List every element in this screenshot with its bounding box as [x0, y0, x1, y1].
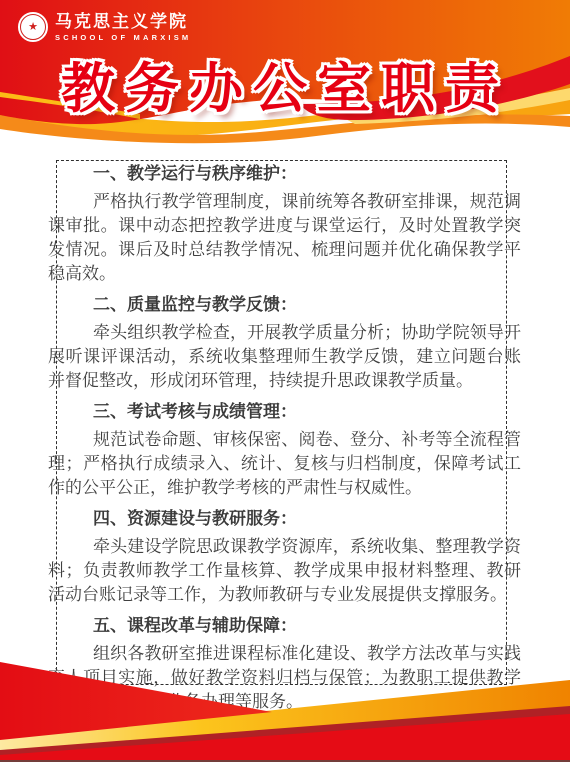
section-heading: 三、考试考核与成绩管理：: [48, 400, 521, 424]
section-body: 规范试卷命题、审核保密、阅卷、登分、补考等全流程管理；严格执行成绩录入、统计、复…: [48, 428, 521, 500]
page-title: 教务办公室职责: [0, 46, 570, 123]
section-body: 牵头建设学院思政课教学资源库，系统收集、整理教学资料；负责教师教学工作量核算、教…: [48, 535, 521, 607]
section-heading: 五、课程改革与辅助保障：: [48, 614, 521, 638]
section-body: 牵头组织教学检查，开展教学质量分析；协助学院领导开展听课评课活动，系统收集整理师…: [48, 321, 521, 393]
poster: ★ 马克思主义学院 SCHOOL OF MARXISM 教务办公室职责 一、教学…: [0, 0, 570, 762]
duties-box: 一、教学运行与秩序维护： 严格执行教学管理制度，课前统筹各教研室排课，规范调课审…: [56, 160, 507, 685]
section-heading: 一、教学运行与秩序维护：: [48, 162, 521, 186]
school-logo: ★ 马克思主义学院 SCHOOL OF MARXISM: [18, 12, 191, 42]
section-heading: 四、资源建设与教研服务：: [48, 507, 521, 531]
section-heading: 二、质量监控与教学反馈：: [48, 293, 521, 317]
bottom-decoration: [0, 655, 570, 762]
school-name-cn: 马克思主义学院: [55, 12, 191, 32]
section-body: 严格执行教学管理制度，课前统筹各教研室排课，规范调课审批。课中动态把控教学进度与…: [48, 190, 521, 286]
logo-text: 马克思主义学院 SCHOOL OF MARXISM: [55, 12, 191, 42]
header-banner: ★ 马克思主义学院 SCHOOL OF MARXISM 教务办公室职责: [0, 0, 570, 150]
school-name-en: SCHOOL OF MARXISM: [55, 33, 191, 42]
school-emblem-icon: ★: [18, 12, 48, 42]
emblem-star-icon: ★: [20, 14, 46, 40]
